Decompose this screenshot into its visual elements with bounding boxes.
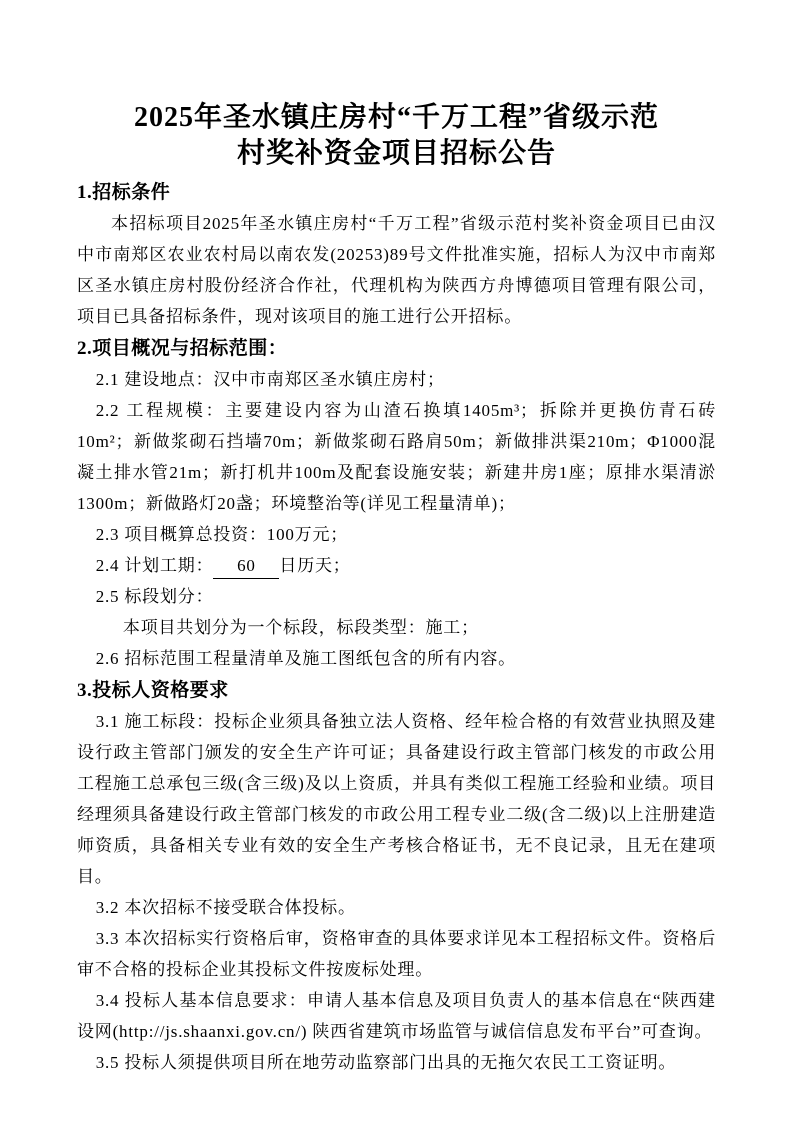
item-3-3-post-qualification-review: 3.3 本次招标实行资格后审，资格审查的具体要求详见本工程招标文件。资格后审不合…: [77, 923, 716, 985]
item-2-6-bid-scope: 2.6 招标范围工程量清单及施工图纸包含的所有内容。: [77, 643, 716, 674]
item-2-5-division-detail: 本项目共划分为一个标段，标段类型：施工；: [77, 612, 716, 643]
document-title-line-1: 2025年圣水镇庄房村“千万工程”省级示范: [77, 100, 716, 136]
section-2-heading: 2.项目概况与招标范围：: [77, 334, 716, 364]
tender-announcement-document: 2025年圣水镇庄房村“千万工程”省级示范 村奖补资金项目招标公告 1.招标条件…: [0, 0, 792, 1121]
section-3-heading: 3.投标人资格要求: [77, 676, 716, 706]
section-1-paragraph: 本招标项目2025年圣水镇庄房村“千万工程”省级示范村奖补资金项目已由汉中市南郑…: [77, 208, 716, 332]
document-title: 2025年圣水镇庄房村“千万工程”省级示范 村奖补资金项目招标公告: [77, 100, 716, 172]
planned-duration-unit: 日历天；: [279, 556, 350, 575]
item-2-4-planned-duration: 2.4 计划工期：60日历天；: [77, 550, 716, 581]
item-3-5-wage-certificate: 3.5 投标人须提供项目所在地劳动监察部门出具的无拖欠农民工工资证明。: [77, 1047, 716, 1078]
item-2-1-construction-location: 2.1 建设地点：汉中市南郑区圣水镇庄房村；: [77, 364, 716, 395]
item-3-4-bidder-basic-info: 3.4 投标人基本信息要求：申请人基本信息及项目负责人的基本信息在“陕西建设网(…: [77, 985, 716, 1047]
item-2-2-project-scale: 2.2 工程规模：主要建设内容为山渣石换填1405m³；拆除并更换仿青石砖10m…: [77, 395, 716, 519]
item-2-3-total-investment: 2.3 项目概算总投资：100万元；: [77, 519, 716, 550]
document-title-line-2: 村奖补资金项目招标公告: [77, 136, 716, 172]
section-1-heading: 1.招标条件: [77, 178, 716, 208]
item-3-2-no-consortium: 3.2 本次招标不接受联合体投标。: [77, 892, 716, 923]
planned-duration-label: 2.4 计划工期：: [96, 556, 214, 575]
item-2-5-bid-section-division: 2.5 标段划分：: [77, 581, 716, 612]
item-3-1-qualification-requirement: 3.1 施工标段：投标企业须具备独立法人资格、经年检合格的有效营业执照及建设行政…: [77, 706, 716, 892]
planned-duration-value: 60: [213, 554, 279, 579]
